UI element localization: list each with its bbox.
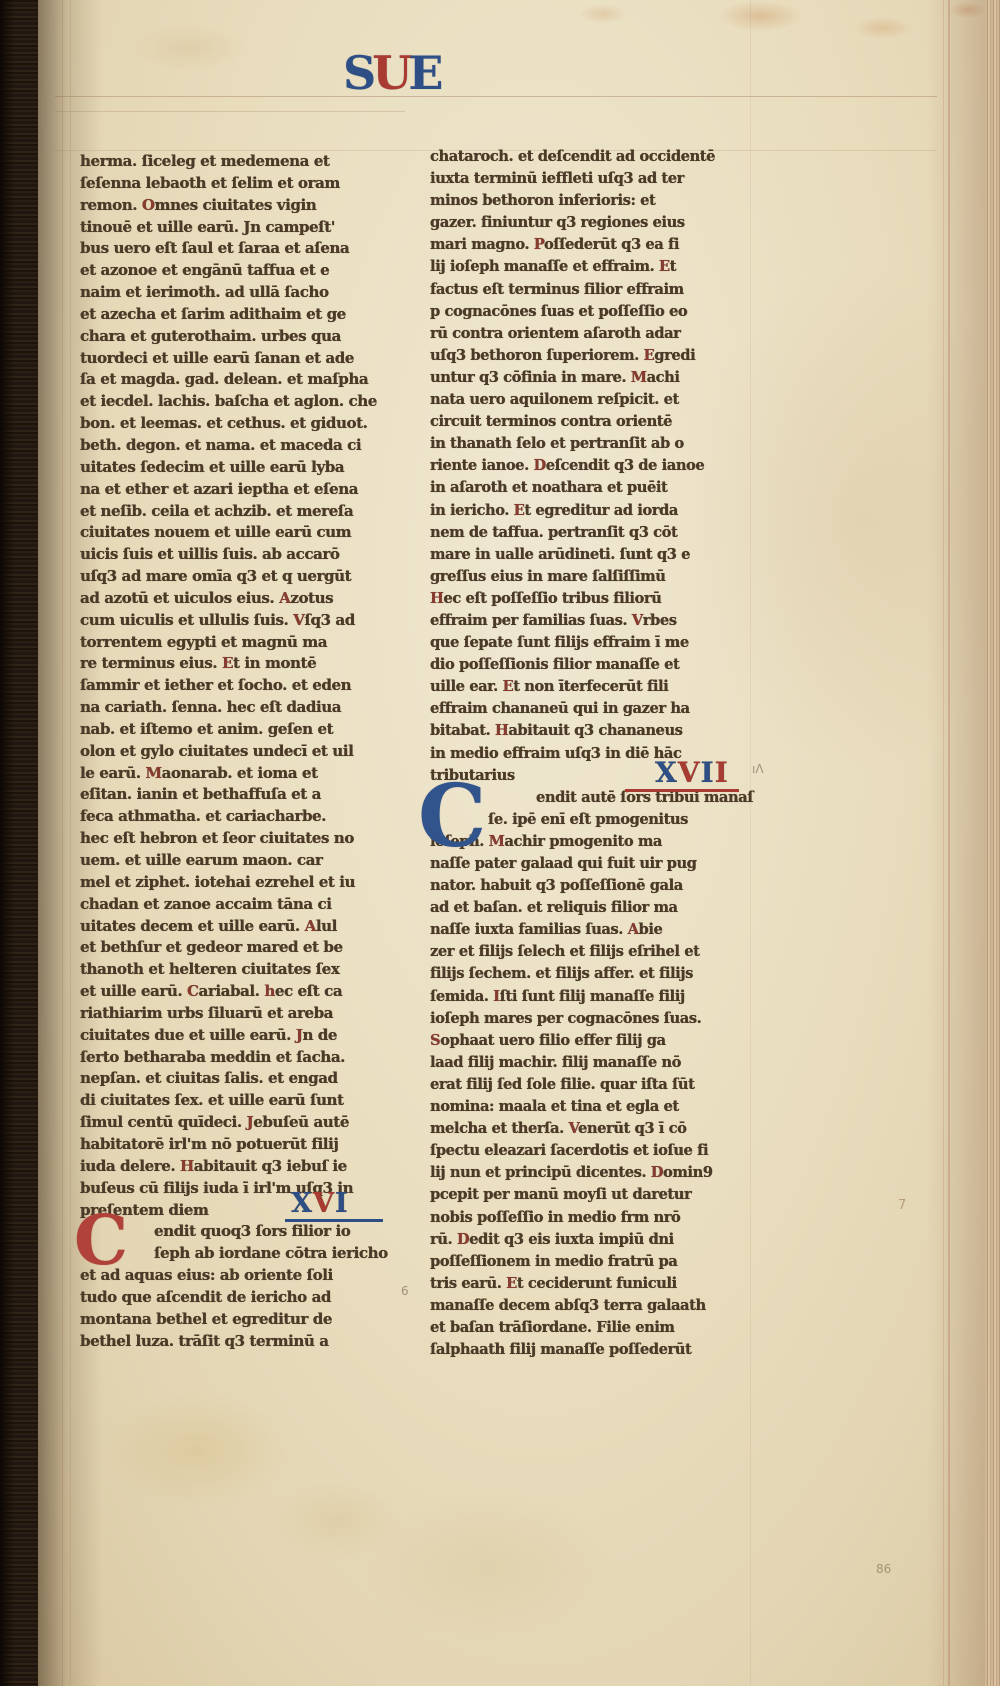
text-line: na et ether et azari ieptha et eſena xyxy=(80,480,388,502)
chapter-numeral-letter: X xyxy=(291,1188,313,1219)
text-line: ſammir et iether et ſocho. et eden xyxy=(80,676,388,698)
text-line: circuit terminos contra orientē xyxy=(430,413,753,435)
text-line: greſſus eius in mare ſalſiſſimū xyxy=(430,568,753,590)
text-line: poſſeſſionem in medio fratrū pa xyxy=(430,1253,753,1275)
text-line: lij nun et principū dicentes. Domin9 xyxy=(430,1164,753,1186)
chapter-numeral-xvii: XVII xyxy=(625,759,739,792)
rubricated-letter: D xyxy=(651,1164,663,1181)
text-line: untur q3 cōfinia in mare. Machi xyxy=(430,369,753,391)
text-line: ad azotū et uiculos eius. Azotus xyxy=(80,589,388,611)
text-line: herma. ſiceleg et medemena et xyxy=(80,152,388,174)
rubricated-letter: D xyxy=(457,1231,469,1248)
text-line: laad filij machir. filij manaſſe nō xyxy=(430,1054,753,1076)
rubricated-letter: H xyxy=(495,722,508,739)
text-line: bethel luza. trāſit q3 terminū a xyxy=(80,1332,388,1354)
manuscript-photo: SUE XVI C herma. ſiceleg et medemena etſ… xyxy=(0,0,1000,1686)
text-line: mari magno. Poſſederūt q3 ea fi xyxy=(430,236,753,258)
text-line: lij ioſeph manaſſe et effraim. Et xyxy=(430,258,753,280)
text-line: cum uiculis et ullulis ſuis. Vſq3 ad xyxy=(80,611,388,633)
margin-pencil-mark: 7 xyxy=(898,1198,906,1213)
rubricated-letter: M xyxy=(631,369,647,386)
rubricated-letter: M xyxy=(489,833,505,850)
text-line: pcepit per manū moyſi ut daretur xyxy=(430,1186,753,1208)
text-line: ad et baſan. et reliquis filior ma xyxy=(430,899,753,921)
text-line: re terminus eius. Et in montē xyxy=(80,654,388,676)
running-header-letter: S xyxy=(343,46,372,100)
text-line: remon. Omnes ciuitates vigin xyxy=(80,196,388,218)
text-line: et neſib. ceila et achzib. et mereſa xyxy=(80,502,388,524)
text-line: melcha et therſa. Venerūt q3 ī cō xyxy=(430,1120,753,1142)
rubricated-letter: V xyxy=(293,611,304,629)
text-line: in aſaroth et noathara et puēit xyxy=(430,479,753,501)
text-line: tudo que aſcendit de iericho ad xyxy=(80,1288,388,1310)
page-crease-line xyxy=(948,0,950,1686)
text-column-left: XVI C herma. ſiceleg et medemena etſeſen… xyxy=(80,152,388,1353)
text-line: erat filij ſed ſole filie. quar iſta ſūt xyxy=(430,1076,753,1098)
text-line: ſerto betharaba meddin et ſacha. xyxy=(80,1048,388,1070)
rubricated-letter: P xyxy=(534,236,544,253)
text-line: ſpectu eleazari ſacerdotis et ioſue fi xyxy=(430,1142,753,1164)
text-line: dio poſſeſſionis filior manaſſe et xyxy=(430,656,753,678)
rubricated-letter: M xyxy=(145,764,161,782)
text-line: olon et gylo ciuitates undecī et uil xyxy=(80,742,388,764)
rubricated-letter: A xyxy=(305,917,316,935)
text-line: rū. Dedit q3 eis iuxta impiū dni xyxy=(430,1231,753,1253)
text-line: manaſſe decem abſq3 terra galaath xyxy=(430,1297,753,1319)
rubricated-letter: O xyxy=(142,196,155,214)
rubricated-letter: E xyxy=(644,347,655,364)
text-line: bitabat. Habitauit q3 chananeus xyxy=(430,722,753,744)
text-line: chadan et zanoe accaim tāna ci xyxy=(80,895,388,917)
text-line: nem de taffua. pertranſit q3 cōt xyxy=(430,524,753,546)
text-line: ſeſenna lebaoth et ſelim et oram xyxy=(80,174,388,196)
text-line: tris earū. Et ceciderunt funiculi xyxy=(430,1275,753,1297)
gutter-pencil-mark: 6 xyxy=(401,1284,409,1298)
text-line: di ciuitates ſex. et uille earū ſunt xyxy=(80,1091,388,1113)
text-line: filijs ſechem. et filijs affer. et filij… xyxy=(430,965,753,987)
running-header-letter: E xyxy=(408,46,439,100)
running-header: SUE xyxy=(343,46,439,100)
text-line: et azonoe et engānū taffua et e xyxy=(80,261,388,283)
text-line: rū contra orientem aſaroth adar xyxy=(430,325,753,347)
text-line: nata uero aquilonem reſpicit. et xyxy=(430,391,753,413)
rubricated-letter: h xyxy=(264,982,275,1000)
rubricated-letter: V xyxy=(568,1120,578,1137)
text-line: iuda delere. Habitauit q3 iebuſ ie xyxy=(80,1157,388,1179)
text-line: uſq3 ad mare omīa q3 et q uergūt xyxy=(80,567,388,589)
text-line: chataroch. et deſcendit ad occidentē xyxy=(430,148,753,170)
text-line: uem. et uille earum maon. car xyxy=(80,851,388,873)
text-line: riathiarim urbs ſiluarū et areba xyxy=(80,1004,388,1026)
chapter-numeral-letter: V xyxy=(678,756,701,789)
rubricated-letter: I xyxy=(493,988,499,1005)
chapter-numeral-letter: X xyxy=(655,756,678,789)
drop-cap-initial-blue: C xyxy=(418,782,486,853)
text-line: zer et filijs ſelech et filijs eſrihel e… xyxy=(430,943,753,965)
text-line: p cognacōnes ſuas et poſſeſſio eo xyxy=(430,303,753,325)
ruling-line xyxy=(55,96,937,97)
text-line: thanoth et helteren ciuitates ſex xyxy=(80,960,388,982)
text-line: que ſepate ſunt filijs effraim ī me xyxy=(430,634,753,656)
text-line: et azecha et ſarim adithaim et ge xyxy=(80,305,388,327)
text-line: ſalphaath filij manaſſe poſſederūt xyxy=(430,1341,753,1363)
text-line: hec eſt hebron et ſeor ciuitates no xyxy=(80,829,388,851)
rubricated-letter: A xyxy=(279,589,290,607)
text-line: ciuitates nouem et uille earū cum xyxy=(80,523,388,545)
text-line: eſitan. ianin et bethaffuſa et a xyxy=(80,785,388,807)
stacked-page-edges xyxy=(985,0,1000,1686)
rubricated-letter: E xyxy=(506,1275,517,1292)
text-column-right: XVII C chataroch. et deſcendit ad occide… xyxy=(430,148,753,1363)
running-header-letter: U xyxy=(372,46,408,100)
rubricated-letter: E xyxy=(659,258,670,275)
text-line: Hec eſt poſſeſſio tribus filiorū xyxy=(430,590,753,612)
rubricated-letter: H xyxy=(180,1157,194,1175)
text-line: factus eſt terminus filior effraim xyxy=(430,281,753,303)
chapter-numeral-xvi: XVI xyxy=(285,1190,383,1222)
text-line: mare in ualle arūdineti. ſunt q3 e xyxy=(430,546,753,568)
text-line: uille ear. Et non īterfecerūt fili xyxy=(430,678,753,700)
text-line: naim et ierimoth. ad ullā ſacho xyxy=(80,283,388,305)
text-line: minos bethoron inferioris: et xyxy=(430,192,753,214)
text-line: effraim per familias ſuas. Vrbes xyxy=(430,612,753,634)
text-line: et uille earū. Cariabal. hec eſt ca xyxy=(80,982,388,1004)
text-line: Sophaat uero filio effer filij ga xyxy=(430,1032,753,1054)
text-line: ioſeph mares per cognacōnes ſuas. xyxy=(430,1010,753,1032)
text-line: ciuitates due et uille earū. Jn de xyxy=(80,1026,388,1048)
text-line: habitatorē irl'm nō potuerūt filij xyxy=(80,1135,388,1157)
text-line: ſa et magda. gad. delean. et maſpha xyxy=(80,370,388,392)
rubricated-letter: A xyxy=(628,921,639,938)
rubricated-letter: E xyxy=(502,678,513,695)
text-line: uitates decem et uille earū. Alul xyxy=(80,917,388,939)
text-line: bus uero eſt ſaul et ſaraa et aſena xyxy=(80,239,388,261)
text-line: nepſan. et ciuitas ſalis. et engad xyxy=(80,1069,388,1091)
drop-cap-initial-red: C xyxy=(74,1214,128,1270)
text-line: uitates ſedecim et uille earū lyba xyxy=(80,458,388,480)
folio-number: 86 xyxy=(876,1562,891,1576)
chapter-numeral-letter: I xyxy=(335,1188,349,1219)
text-line: ſemida. Iſti ſunt filij manaſſe filij xyxy=(430,988,753,1010)
text-line: gazer. finiuntur q3 regiones eius xyxy=(430,214,753,236)
text-line: uſq3 bethoron ſuperiorem. Egredi xyxy=(430,347,753,369)
chapter-numeral-letter: I xyxy=(700,756,714,789)
ruling-line xyxy=(70,0,71,1686)
text-line: et baſan trāſiordane. Filie enim xyxy=(430,1319,753,1341)
rubricated-letter: H xyxy=(430,590,443,607)
text-line: nobis poſſeſſio in medio frm nrō xyxy=(430,1209,753,1231)
fore-edge-shadow xyxy=(927,0,985,1686)
text-line: riente ianoe. Deſcendit q3 de ianoe xyxy=(430,457,753,479)
text-line: montana bethel et egreditur de xyxy=(80,1310,388,1332)
text-line: naſſe iuxta familias ſuas. Abie xyxy=(430,921,753,943)
text-line: in iericho. Et egreditur ad iorda xyxy=(430,502,753,524)
chapter-numeral-letter: I xyxy=(715,756,729,789)
rubricated-letter: E xyxy=(222,654,233,672)
rubricated-letter: D xyxy=(533,457,545,474)
text-line: effraim chananeū qui in gazer ha xyxy=(430,700,753,722)
text-line: le earū. Maonarab. et ioma et xyxy=(80,764,388,786)
text-line: torrentem egypti et magnū ma xyxy=(80,633,388,655)
ruling-line xyxy=(55,111,405,112)
rubricated-letter: J xyxy=(296,1026,303,1044)
page-crease-line xyxy=(943,0,944,1686)
text-line: et iecdel. lachis. baſcha et aglon. che xyxy=(80,392,388,414)
text-line: bon. et leemas. et cethus. et giduot. xyxy=(80,414,388,436)
text-line: beth. degon. et nama. et maceda ci xyxy=(80,436,388,458)
chapter-numeral-letter: V xyxy=(313,1188,335,1219)
text-line: ſimul centū quīdeci. Jebuſeū autē xyxy=(80,1113,388,1135)
rubricated-letter: J xyxy=(247,1113,254,1131)
text-line: iuxta terminū ieffleti uſq3 ad ter xyxy=(430,170,753,192)
text-line: tuordeci et uille earū ſanan et ade xyxy=(80,349,388,371)
ruling-line xyxy=(62,0,63,1686)
text-line: tinouē et uille earū. Jn campeſt' xyxy=(80,218,388,240)
text-line: na cariath. ſenna. hec eſt dadiua xyxy=(80,698,388,720)
rubricated-letter: V xyxy=(632,612,643,629)
text-line: et bethſur et gedeor mared et be xyxy=(80,938,388,960)
rubricated-letter: E xyxy=(514,502,525,519)
binding-shadow xyxy=(0,0,14,1686)
text-line: nator. habuit q3 poſſeſſionē gala xyxy=(430,877,753,899)
text-line: mel et ziphet. iotehai ezrehel et iu xyxy=(80,873,388,895)
text-line: in thanath ſelo et pertranſit ab o xyxy=(430,435,753,457)
rubricated-letter: C xyxy=(187,982,199,1000)
text-line: nomina: maala et tina et egla et xyxy=(430,1098,753,1120)
rubricated-letter: S xyxy=(430,1032,440,1049)
text-line: uicis ſuis et uillis ſuis. ab accarō xyxy=(80,545,388,567)
text-line: chara et guterothaim. urbes qua xyxy=(80,327,388,349)
text-line: feca athmatha. et cariacharbe. xyxy=(80,807,388,829)
text-line: nab. et iſtemo et anim. geſen et xyxy=(80,720,388,742)
margin-pencil-mark: ıΛ xyxy=(752,762,764,776)
